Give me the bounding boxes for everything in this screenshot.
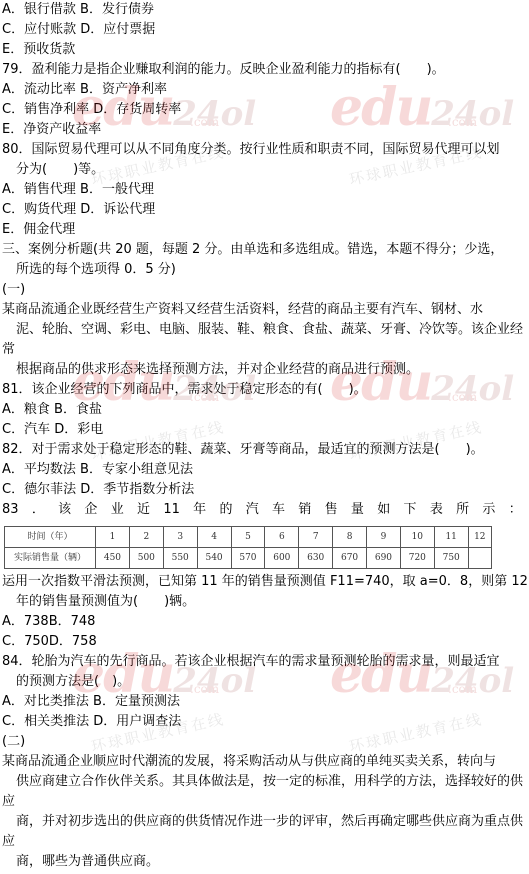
case-paragraph: 根据商品的供求形态来选择预测方法，并对企业经营的商品进行预测。 bbox=[2, 360, 527, 380]
case-paragraph: 应 bbox=[2, 792, 527, 812]
table-cell: 600 bbox=[265, 548, 299, 569]
token: 销 bbox=[298, 500, 311, 520]
case-label: (二) bbox=[2, 732, 527, 752]
table-row-years: 时间（年） 1 2 3 4 5 6 7 8 9 10 11 12 bbox=[5, 527, 492, 548]
table-cell: 8 bbox=[333, 527, 367, 548]
table-cell: 12 bbox=[468, 527, 491, 548]
token: 所 bbox=[456, 500, 469, 520]
table-cell: 750 bbox=[434, 548, 468, 569]
case-paragraph: 供应商建立合作伙伴关系。其具体做法是，按一定的标准，用科学的方法，选择较好的供 bbox=[2, 772, 527, 792]
option-line: A．银行借款 B．发行债券 bbox=[2, 0, 527, 20]
option-line: A．粮食 B．食盐 bbox=[2, 400, 527, 420]
table-cell: 3 bbox=[163, 527, 197, 548]
question-84: 84．轮胎为汽车的先行商品。若该企业根据汽车的需求量预测轮胎的需求量，则最适宜 bbox=[2, 652, 527, 672]
question-84-cont: 的预测方法是( )。 bbox=[2, 672, 527, 692]
table-cell: 9 bbox=[367, 527, 401, 548]
option-line: E．佣金代理 bbox=[2, 220, 527, 240]
question-81: 81．该企业经营的下列商品中，需求处于稳定形态的有( )。 bbox=[2, 380, 527, 400]
option-line: A．平均数法 B．专家小组意见法 bbox=[2, 460, 527, 480]
token: 企 bbox=[84, 500, 97, 520]
table-cell: 720 bbox=[400, 548, 434, 569]
token: 车 bbox=[272, 500, 285, 520]
option-line: C．汽车 D．彩电 bbox=[2, 420, 527, 440]
table-cell: 630 bbox=[299, 548, 333, 569]
case-paragraph: 商，哪些为普通供应商。 bbox=[2, 852, 527, 872]
question-82: 82．对于需求处于稳定形态的鞋、蔬菜、牙膏等商品，最适宜的预测方法是( )。 bbox=[2, 440, 527, 460]
table-cell: 5 bbox=[231, 527, 265, 548]
table-header: 时间（年） bbox=[5, 527, 96, 548]
token: 表 bbox=[430, 500, 443, 520]
option-line: C．德尔菲法 D．季节指数分析法 bbox=[2, 480, 527, 500]
table-cell: 11 bbox=[434, 527, 468, 548]
table-cell bbox=[468, 548, 491, 569]
option-line: E．预收货款 bbox=[2, 40, 527, 60]
exam-document: A．银行借款 B．发行债券 C．应付账款 D．应付票据 E．预收货款 79．盈利… bbox=[2, 0, 527, 872]
token: 汽 bbox=[246, 500, 259, 520]
table-cell: 2 bbox=[129, 527, 163, 548]
case-label: (一) bbox=[2, 280, 527, 300]
question-83-cont: 年的销售量预测值为( )辆。 bbox=[2, 592, 527, 612]
case-paragraph: 泥、轮胎、空调、彩电、电脑、服装、鞋、粮食、食盐、蔬菜、牙膏、冷饮等。该企业经 bbox=[2, 320, 527, 340]
section-heading-cont: 所选的每个选项得 0．5 分) bbox=[2, 260, 527, 280]
option-line: C．相关类推法 D．用户调查法 bbox=[2, 712, 527, 732]
sales-table: 时间（年） 1 2 3 4 5 6 7 8 9 10 11 12 实际销售量（辆… bbox=[4, 526, 492, 569]
token: 近 bbox=[137, 500, 150, 520]
token: 量 bbox=[351, 500, 364, 520]
option-line: A．对比类推法 B．定量预测法 bbox=[2, 692, 527, 712]
option-line: A．738B．748 bbox=[2, 612, 527, 632]
option-line: A．销售代理 B．一般代理 bbox=[2, 180, 527, 200]
token: ： bbox=[509, 500, 522, 520]
table-header: 实际销售量（辆） bbox=[5, 548, 96, 569]
question-80: 80．国际贸易代理可以从不同角度分类。按行业性质和职责不同，国际贸易代理可以划 bbox=[2, 140, 527, 160]
case-paragraph: 某商品流通企业既经营生产资料又经营生活资料，经营的商品主要有汽车、钢材、水 bbox=[2, 300, 527, 320]
question-80-cont: 分为( )等。 bbox=[2, 160, 527, 180]
case-paragraph: 常 bbox=[2, 340, 527, 360]
option-line: C．应付账款 D．应付票据 bbox=[2, 20, 527, 40]
question-79: 79．盈利能力是指企业赚取利润的能力。反映企业盈利能力的指标有( )。 bbox=[2, 60, 527, 80]
table-cell: 7 bbox=[299, 527, 333, 548]
section-heading: 三、案例分析题(共 20 题，每题 2 分。由单选和多选组成。错选，本题不得分；… bbox=[2, 240, 527, 260]
table-cell: 6 bbox=[265, 527, 299, 548]
token: 该 bbox=[58, 500, 71, 520]
option-line: C．销售净利率 D．存货周转率 bbox=[2, 100, 527, 120]
option-line: C．750D．758 bbox=[2, 632, 527, 652]
table-cell: 550 bbox=[163, 548, 197, 569]
token: ． bbox=[32, 500, 45, 520]
table-cell: 540 bbox=[197, 548, 231, 569]
table-cell: 570 bbox=[231, 548, 265, 569]
case-paragraph: 某商品流通企业顺应时代潮流的发展，将采购活动从与供应商的单纯买卖关系，转向与 bbox=[2, 752, 527, 772]
token: 年 bbox=[193, 500, 206, 520]
case-paragraph: 商，并对初步选出的供应商的供货情况作进一步的评审，然后再确定哪些供应商为重点供 bbox=[2, 812, 527, 832]
table-cell: 450 bbox=[96, 548, 130, 569]
question-83: 83 ． 该 企 业 近 11 年 的 汽 车 销 售 量 如 下 表 所 示 … bbox=[2, 500, 522, 520]
table-cell: 500 bbox=[129, 548, 163, 569]
table-row-sales: 实际销售量（辆） 450 500 550 540 570 600 630 670… bbox=[5, 548, 492, 569]
token: 售 bbox=[325, 500, 338, 520]
sales-table-wrap: 时间（年） 1 2 3 4 5 6 7 8 9 10 11 12 实际销售量（辆… bbox=[2, 520, 527, 572]
token: 示 bbox=[482, 500, 495, 520]
table-cell: 10 bbox=[400, 527, 434, 548]
table-cell: 690 bbox=[367, 548, 401, 569]
option-line: A．流动比率 B．资产净利率 bbox=[2, 80, 527, 100]
table-cell: 670 bbox=[333, 548, 367, 569]
token: 业 bbox=[111, 500, 124, 520]
table-cell: 4 bbox=[197, 527, 231, 548]
option-line: E．净资产收益率 bbox=[2, 120, 527, 140]
token: 的 bbox=[219, 500, 232, 520]
token: 11 bbox=[163, 500, 180, 520]
case-paragraph: 应 bbox=[2, 832, 527, 852]
question-83-cont: 运用一次指数平滑法预测，已知第 11 年的销售量预测值 F11=740，取 a=… bbox=[2, 572, 527, 592]
option-line: C．购货代理 D．诉讼代理 bbox=[2, 200, 527, 220]
token: 下 bbox=[404, 500, 417, 520]
token: 如 bbox=[377, 500, 390, 520]
table-cell: 1 bbox=[96, 527, 130, 548]
token: 83 bbox=[2, 500, 19, 520]
